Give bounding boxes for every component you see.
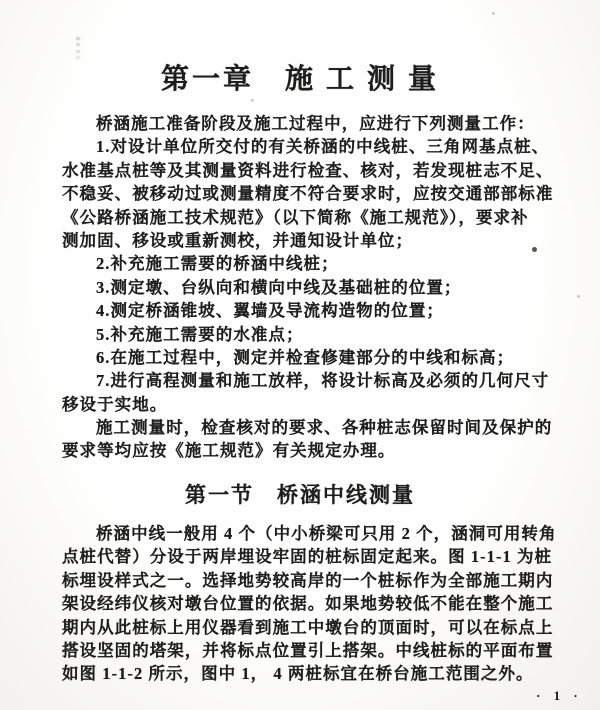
chapter-body: 桥涵施工准备阶段及施工过程中，应进行下列测量工作： 1.对设计单位所交付的有关桥… bbox=[62, 112, 538, 463]
text-line: 桥涵中线一般用 4 个（中小桥梁可只用 2 个，涵洞可用转角 bbox=[62, 522, 538, 545]
text-line: 5.补充施工需要的水准点； bbox=[62, 323, 538, 346]
scan-speck bbox=[577, 295, 580, 298]
page-number: · 1 · bbox=[536, 688, 583, 704]
text-line: 7.进行高程测量和施工放样，将设计标高及必须的几何尺寸 bbox=[62, 369, 538, 392]
section-body: 桥涵中线一般用 4 个（中小桥梁可只用 2 个，涵洞可用转角 点桩代替）分设于两… bbox=[62, 522, 538, 686]
text-line: 4.测定桥涵锥坡、翼墙及导流构造物的位置； bbox=[62, 299, 538, 322]
scan-speck bbox=[251, 99, 254, 102]
section-title: 第一节 桥涵中线测量 bbox=[0, 479, 600, 509]
text-line: 桥涵施工准备阶段及施工过程中，应进行下列测量工作： bbox=[62, 112, 538, 135]
text-line: 测加固、移设或重新测校，并通知设计单位； bbox=[62, 229, 538, 252]
text-line: 如图 1-1-2 所示，图中 1， 4 两桩标宜在桥台施工范围之外。 bbox=[62, 662, 538, 685]
scan-speck bbox=[492, 12, 495, 15]
text-line: 不稳妥、被移动过或测量精度不符合要求时，应按交通部部标准 bbox=[62, 182, 538, 205]
text-line: 2.补充施工需要的桥涵中线桩； bbox=[62, 252, 538, 275]
text-line: 3.测定墩、台纵向和横向中线及基础桩的位置； bbox=[62, 276, 538, 299]
text-line: 要求等均应按《施工规范》有关规定办理。 bbox=[62, 439, 538, 462]
text-line: 标埋设样式之一。选择地势较高岸的一个桩标作为全部施工期内 bbox=[62, 569, 538, 592]
text-line: 移设于实地。 bbox=[62, 393, 538, 416]
text-line: 期内从此桩标上用仪器看到施工中墩台的顶面时，可以在标点上 bbox=[62, 616, 538, 639]
text-line: 水准基点桩等及其测量资料进行检查、核对，若发现桩志不足、 bbox=[62, 159, 538, 182]
chapter-title: 第一章 施 工 测 量 bbox=[0, 57, 600, 97]
scanned-book-page: 第一章 施 工 测 量 桥涵施工准备阶段及施工过程中，应进行下列测量工作： 1.… bbox=[0, 0, 600, 710]
text-line: 施工测量时，检查核对的要求、各种桩志保留时间及保护的 bbox=[62, 416, 538, 439]
text-line: 搭设坚固的塔架，并将标点位置引上搭架。中线桩标的平面布置 bbox=[62, 639, 538, 662]
text-line: 点桩代替）分设于两岸埋设牢固的桩标固定起来。图 1-1-1 为桩 bbox=[62, 545, 538, 568]
text-line: 1.对设计单位所交付的有关桥涵的中线桩、三角网基点桩、 bbox=[62, 135, 538, 158]
scan-smudge bbox=[76, 37, 80, 59]
text-line: 架设经纬仪核对墩台位置的依据。如果地势较低不能在整个施工 bbox=[62, 592, 538, 615]
text-line: 《公路桥涵施工技术规范》（以下简称《施工规范》），要求补 bbox=[62, 206, 538, 229]
text-line: 6.在施工过程中，测定并检查修建部分的中线和标高； bbox=[62, 346, 538, 369]
